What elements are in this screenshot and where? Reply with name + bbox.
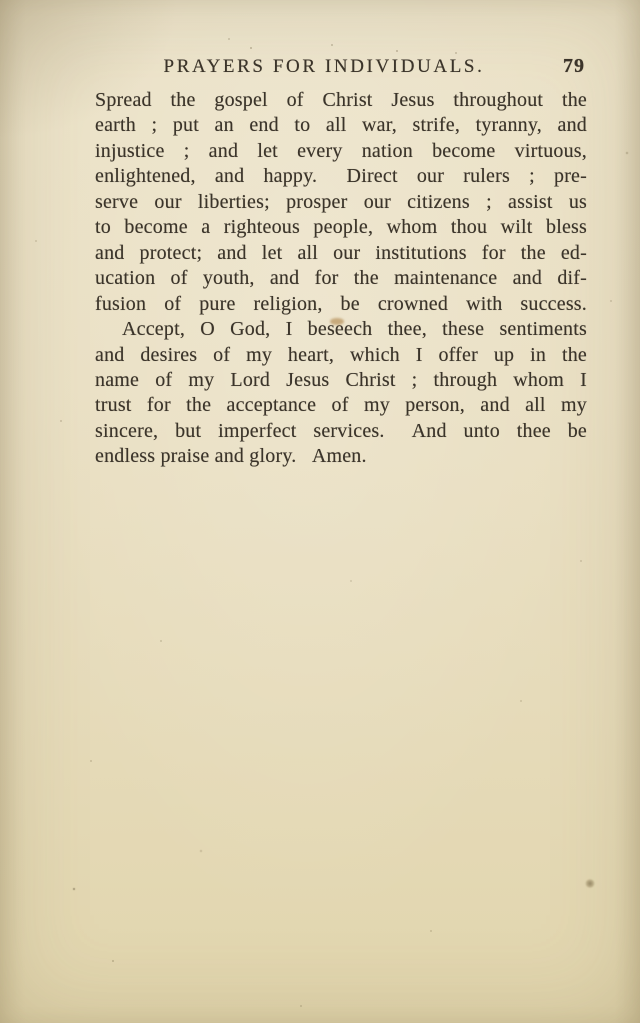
text-line: trust for the acceptance of my person, a… xyxy=(95,393,587,418)
page-title: PRAYERS FOR INDIVIDUALS. xyxy=(95,56,587,78)
text-line: injustice ; and let every nation become … xyxy=(95,139,587,164)
text-line: ucation of youth, and for the maintenanc… xyxy=(95,266,587,291)
text-line: earth ; put an end to all war, strife, t… xyxy=(95,113,587,138)
text-line: name of my Lord Jesus Christ ; through w… xyxy=(95,368,587,393)
text-line: to become a righteous people, whom thou … xyxy=(95,215,587,240)
text-line: and desires of my heart, which I offer u… xyxy=(95,343,587,368)
text-line: fusion of pure religion, be crowned with… xyxy=(95,292,587,317)
ink-smudge xyxy=(330,318,344,325)
text-line: and protect; and let all our institution… xyxy=(95,241,587,266)
page-number: 79 xyxy=(563,55,585,78)
text-line: serve our liberties; prosper our citizen… xyxy=(95,190,587,215)
text-line: enlightened, and happy. Direct our ruler… xyxy=(95,164,587,189)
paragraph: Spread the gospel of Christ Jesus throug… xyxy=(95,88,587,317)
paper-speckles xyxy=(0,0,2,2)
book-page: PRAYERS FOR INDIVIDUALS. 79 Spread the g… xyxy=(0,0,640,1023)
text-line: endless praise and glory. Amen. xyxy=(95,444,587,469)
ink-spot xyxy=(585,879,595,888)
running-header: PRAYERS FOR INDIVIDUALS. 79 xyxy=(95,56,587,80)
paragraph: Accept, O God, I beseech thee, these sen… xyxy=(95,317,587,470)
text-line: sincere, but imperfect services. And unt… xyxy=(95,419,587,444)
body-text: Spread the gospel of Christ Jesus throug… xyxy=(95,88,587,470)
text-line: Spread the gospel of Christ Jesus throug… xyxy=(95,88,587,113)
